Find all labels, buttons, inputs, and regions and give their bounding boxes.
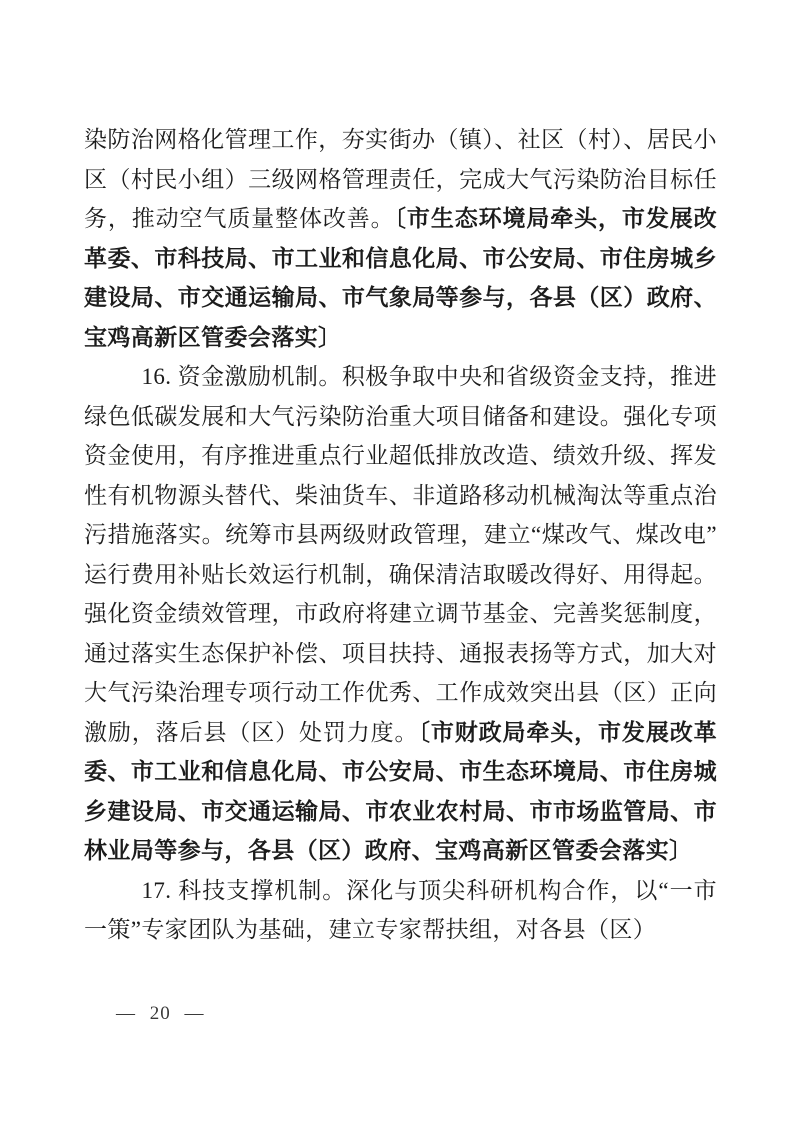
page-number: — 20 —	[116, 1003, 205, 1025]
paragraph-item-16: 16. 资金激励机制。积极争取中央和省级资金支持，推进绿色低碳发展和大气污染防治…	[84, 357, 717, 871]
body-text: 17. 科技支撑机制。深化与顶尖科研机构合作，以“一市一策”专家团队为基础，建立…	[84, 878, 717, 943]
paragraph-continuation: 染防治网格化管理工作，夯实街办（镇）、社区（村）、居民小区（村民小组）三级网格管…	[84, 120, 717, 357]
paragraph-item-17: 17. 科技支撑机制。深化与顶尖科研机构合作，以“一市一策”专家团队为基础，建立…	[84, 871, 717, 950]
document-body: 染防治网格化管理工作，夯实街办（镇）、社区（村）、居民小区（村民小组）三级网格管…	[84, 120, 717, 950]
document-page: 染防治网格化管理工作，夯实街办（镇）、社区（村）、居民小区（村民小组）三级网格管…	[0, 0, 800, 1131]
body-text: 16. 资金激励机制。积极争取中央和省级资金支持，推进绿色低碳发展和大气污染防治…	[84, 364, 717, 745]
